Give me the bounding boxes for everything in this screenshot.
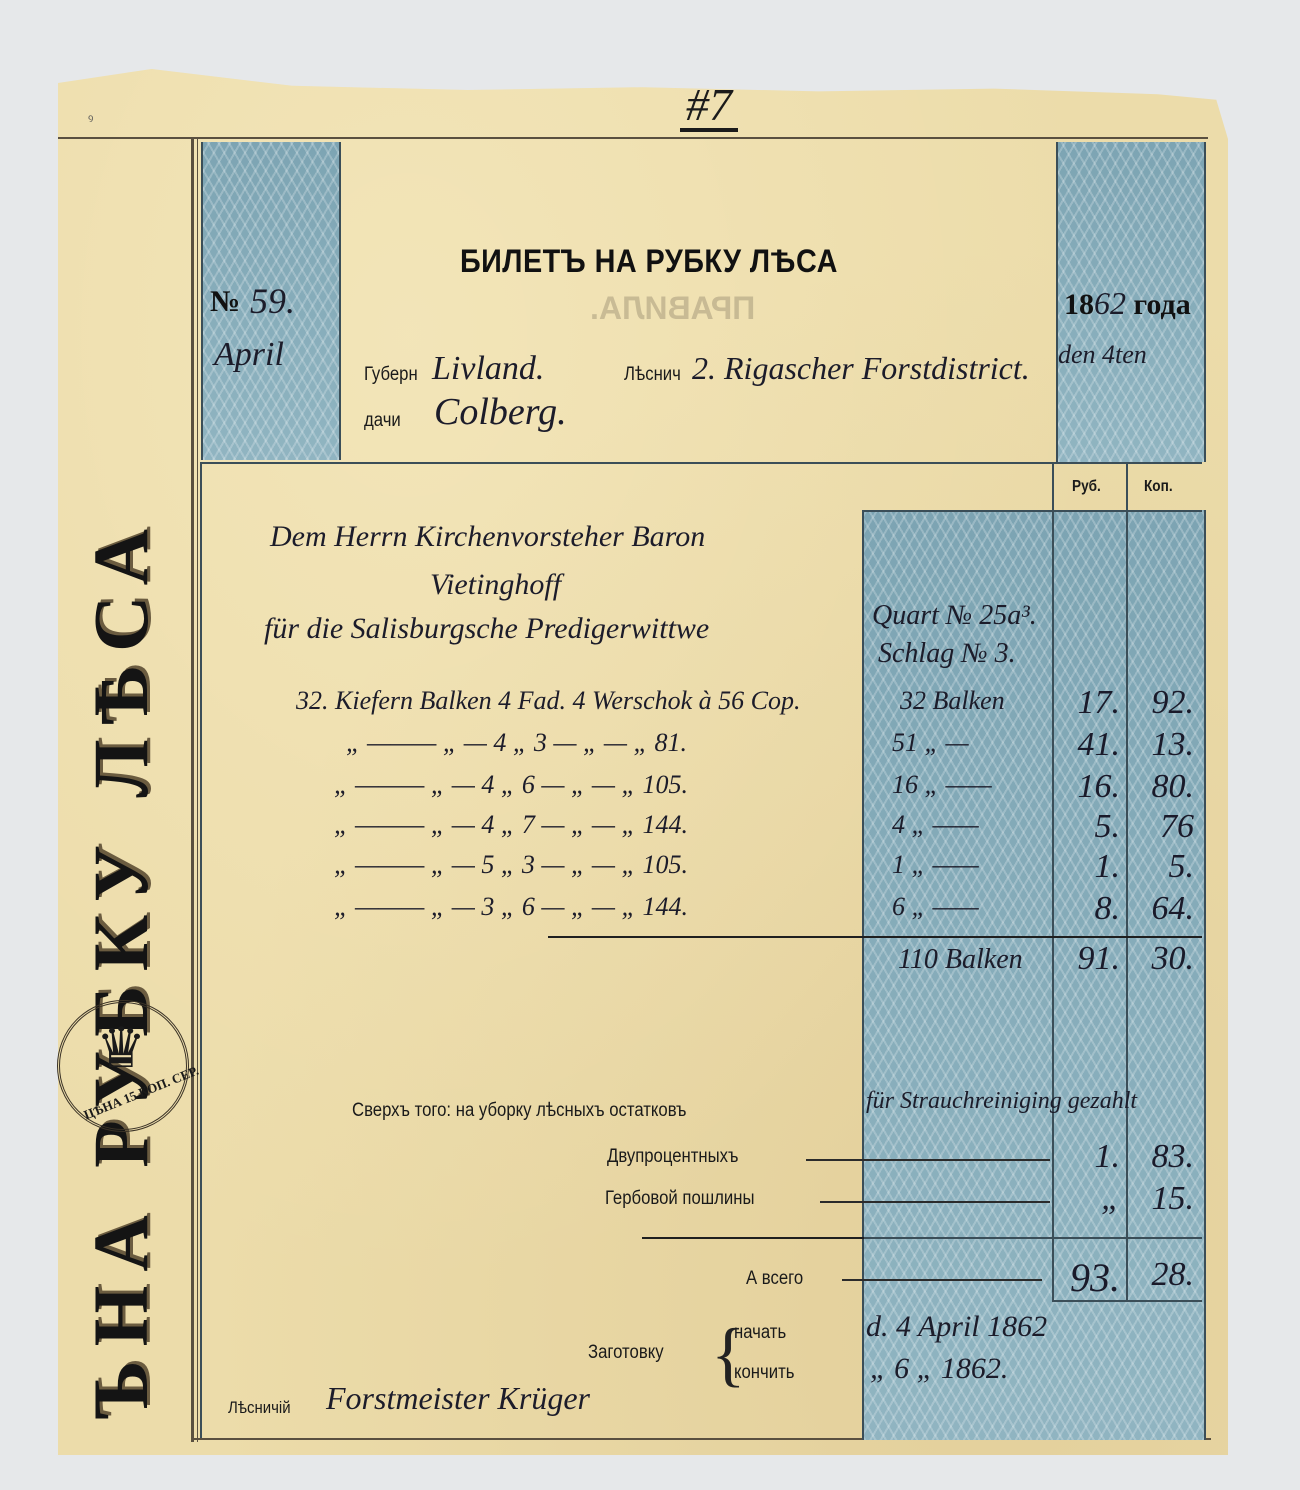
table-row-1-desc: 32. Kiefern Balken 4 Fad. 4 Werschok à 5… <box>296 686 801 716</box>
remnants-value: für Strauchreiniging gezahlt <box>866 1088 1137 1115</box>
table-row-2-desc: „ ——— „ — 4 „ 3 — „ — „ 81. <box>346 728 687 758</box>
forester-signature: Forstmeister Krüger <box>326 1380 590 1417</box>
table-row-4-qty: 4 „ —— <box>892 810 979 840</box>
harvest-end-value: „ 6 „ 1862. <box>870 1352 1008 1386</box>
two-percent-kop: 83. <box>1134 1138 1194 1176</box>
remnants-label: Сверхъ того: на уборку лѣсныхъ остатковъ <box>352 1100 687 1122</box>
total-leader <box>842 1278 1042 1281</box>
gubern-value: Livland. <box>432 350 544 388</box>
recipient-line-1: Dem Herrn Kirchenvorsteher Baron <box>270 520 705 554</box>
table-row-6-desc: „ ——— „ — 3 „ 6 — „ — „ 144. <box>334 892 688 922</box>
table-row-2-kop: 13. <box>1134 726 1194 764</box>
total-leader-rule <box>642 1237 864 1239</box>
year-suffix: года <box>1134 288 1191 321</box>
side-title-vertical: ЪНА РУБКУ ЛѢСА <box>76 515 166 1420</box>
stamp-duty-kop: 15. <box>1134 1180 1194 1218</box>
column-header-rub: Руб. <box>1072 478 1101 496</box>
table-row-4-desc: „ ——— „ — 4 „ 7 — „ — „ 144. <box>334 810 688 840</box>
rub-column-rule <box>1052 462 1054 1302</box>
total-rub: 93. <box>1058 1254 1120 1301</box>
year-day: den 4ten <box>1058 340 1147 370</box>
table-row-3-desc: „ ——— „ — 4 „ 6 — „ — „ 105. <box>334 770 688 800</box>
subtotal-kop: 30. <box>1134 940 1194 978</box>
table-row-4-rub: 5. <box>1062 808 1120 846</box>
table-row-6-rub: 8. <box>1062 890 1120 928</box>
year-handwritten: 62 <box>1094 285 1126 321</box>
stamp-duty-leader <box>820 1200 1050 1203</box>
total-kop: 28. <box>1134 1256 1194 1294</box>
lesnich-value: 2. Rigascher Forstdistrict. <box>692 350 1030 387</box>
subtotal-rub: 91. <box>1062 940 1120 978</box>
lesnich-label: Лѣснич <box>624 364 681 386</box>
table-row-5-qty: 1 „ —— <box>892 850 979 880</box>
table-row-2-rub: 41. <box>1062 726 1120 764</box>
two-percent-rub: 1. <box>1062 1138 1120 1176</box>
price-stamp: ♛ ЦѢНА 15 КОП. СЕР. <box>57 1000 189 1132</box>
table-left-rule <box>200 462 202 1438</box>
year-field: 1862 года <box>1064 285 1191 322</box>
subtotal-rule <box>548 936 1202 938</box>
table-row-4-kop: 76 <box>1134 808 1194 846</box>
dacha-label: дачи <box>364 410 401 432</box>
table-row-3-qty: 16 „ —— <box>892 770 992 800</box>
table-row-5-desc: „ ——— „ — 5 „ 3 — „ — „ 105. <box>334 850 688 880</box>
table-row-1-qty: 32 Balken <box>900 686 1005 716</box>
year-prefix: 18 <box>1064 288 1094 321</box>
bleed-through-heading: ПРАВИЛА. <box>590 290 755 327</box>
header-bottom-rule <box>862 510 1202 512</box>
dacha-value: Colberg. <box>434 390 567 434</box>
number-label: № <box>210 285 240 319</box>
harvest-label: Заготовку <box>588 1342 664 1364</box>
harvest-start-label: начать <box>734 1322 786 1344</box>
top-border-rule <box>58 137 1208 139</box>
harvest-start-value: d. 4 April 1862 <box>866 1310 1047 1344</box>
forester-label: Лѣсничій <box>228 1398 291 1418</box>
total-top-rule <box>862 1237 1202 1239</box>
table-row-5-kop: 5. <box>1134 848 1194 886</box>
location-quarter: Quart № 25a³. <box>872 600 1037 632</box>
subtotal-qty: 110 Balken <box>898 944 1023 976</box>
gubern-label: Губерн <box>364 364 418 386</box>
double-headed-eagle-icon: ♛ <box>96 1021 146 1077</box>
location-plot: Schlag № 3. <box>878 638 1016 670</box>
table-row-6-kop: 64. <box>1134 890 1194 928</box>
left-border-rule-inner <box>197 137 198 1442</box>
table-row-2-qty: 51 „ — <box>892 728 969 758</box>
stamp-duty-rub: „ <box>1062 1180 1120 1218</box>
table-row-3-rub: 16. <box>1062 768 1120 806</box>
number-value: 59. <box>250 280 295 322</box>
kop-column-rule <box>1126 462 1128 1302</box>
table-row-5-rub: 1. <box>1062 848 1120 886</box>
two-percent-label: Двупроцентныхъ <box>607 1146 738 1168</box>
folio-number: #7 <box>680 82 738 132</box>
column-header-kop: Коп. <box>1144 478 1173 496</box>
harvest-end-label: кончить <box>734 1362 794 1384</box>
recipient-line-3: für die Salisburgsche Predigerwittwe <box>264 612 709 646</box>
recipient-line-2: Vietinghoff <box>430 568 561 602</box>
total-label: А всего <box>746 1268 803 1290</box>
table-row-3-kop: 80. <box>1134 768 1194 806</box>
stamp-duty-label: Гербовой пошлины <box>605 1188 755 1210</box>
page-title: БИЛЕТЪ НА РУБКУ ЛѢСА <box>460 243 838 280</box>
two-percent-leader <box>806 1158 1050 1161</box>
left-border-rule <box>191 137 194 1442</box>
table-row-1-rub: 17. <box>1062 684 1120 722</box>
corner-mark: ꝰ <box>88 110 93 129</box>
number-month: April <box>214 336 284 374</box>
table-row-1-kop: 92. <box>1134 684 1194 722</box>
table-row-6-qty: 6 „ —— <box>892 892 979 922</box>
